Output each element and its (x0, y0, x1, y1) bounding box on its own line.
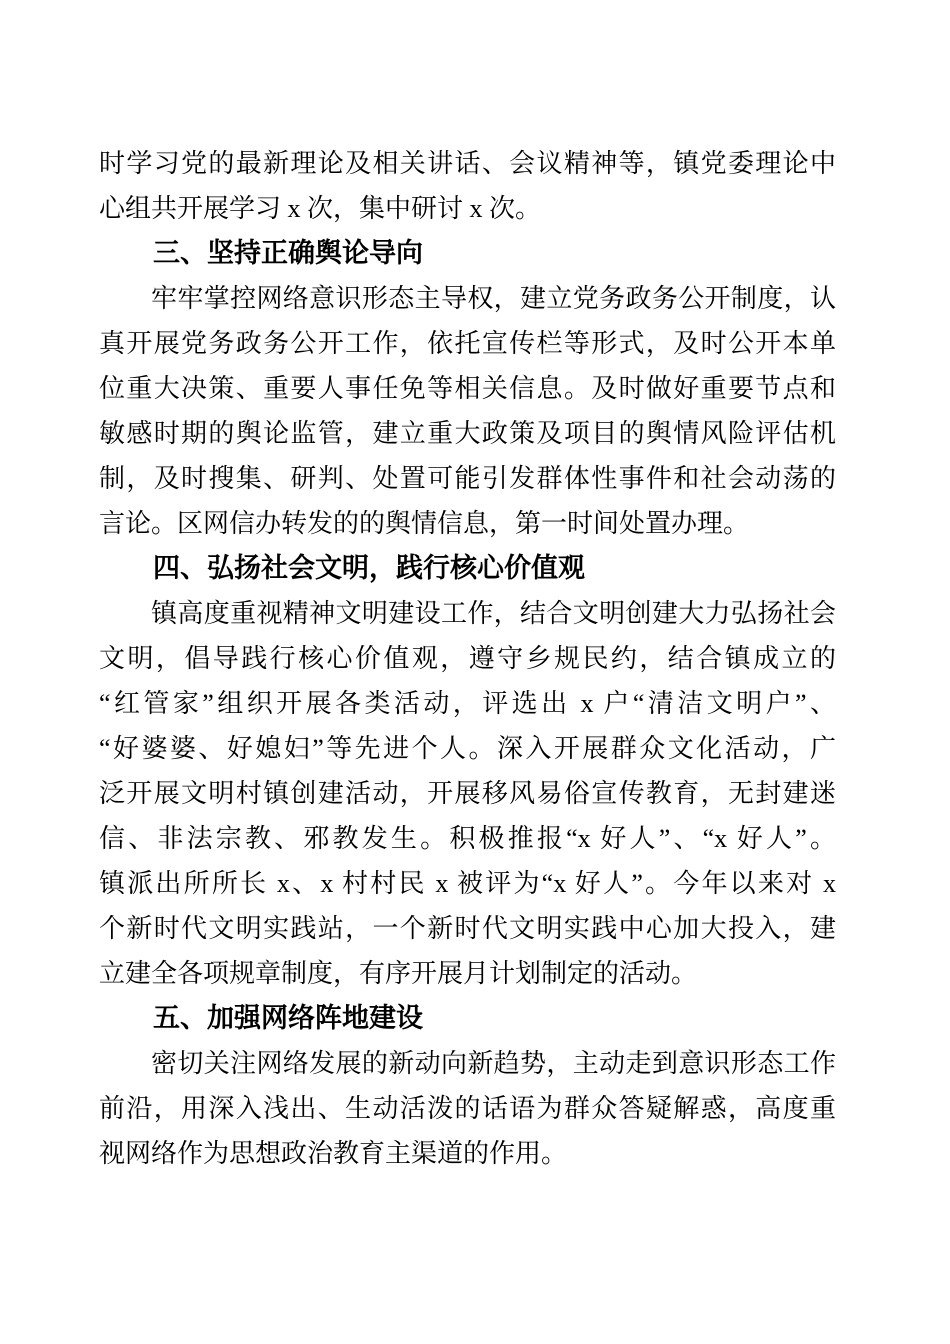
text-line: 制，及时搜集、研判、处置可能引发群体性事件和社会动荡的 (99, 456, 836, 501)
text-line: “好婆婆、好媳妇”等先进个人。深入开展群众文化活动，广 (99, 726, 836, 771)
text-line: “红管家”组织开展各类活动，评选出 x 户“清洁文明户”、 (99, 681, 836, 726)
text-line: 心组共开展学习 x 次，集中研讨 x 次。 (99, 186, 836, 231)
text-line: 视网络作为思想政治教育主渠道的作用。 (99, 1131, 836, 1176)
text-line: 言论。区网信办转发的的舆情信息，第一时间处置办理。 (99, 501, 836, 546)
document-page: 时学习党的最新理论及相关讲话、会议精神等，镇党委理论中心组共开展学习 x 次，集… (0, 0, 950, 1344)
text-line: 立建全各项规章制度，有序开展月计划制定的活动。 (99, 951, 836, 996)
text-line: 泛开展文明村镇创建活动，开展移风易俗宣传教育，无封建迷 (99, 771, 836, 816)
text-line: 时学习党的最新理论及相关讲话、会议精神等，镇党委理论中 (99, 141, 836, 186)
text-line: 真开展党务政务公开工作，依托宣传栏等形式，及时公开本单 (99, 321, 836, 366)
text-line: 信、非法宗教、邪教发生。积极推报“x 好人”、“x 好人”。 (99, 816, 836, 861)
document-content: 时学习党的最新理论及相关讲话、会议精神等，镇党委理论中心组共开展学习 x 次，集… (99, 141, 836, 1176)
text-line: 镇高度重视精神文明建设工作，结合文明创建大力弘扬社会 (99, 591, 836, 636)
text-line: 敏感时期的舆论监管，建立重大政策及项目的舆情风险评估机 (99, 411, 836, 456)
section-heading: 五、加强网络阵地建设 (99, 996, 836, 1041)
section-heading: 四、弘扬社会文明，践行核心价值观 (99, 546, 836, 591)
text-line: 位重大决策、重要人事任免等相关信息。及时做好重要节点和 (99, 366, 836, 411)
text-line: 密切关注网络发展的新动向新趋势，主动走到意识形态工作 (99, 1041, 836, 1086)
text-line: 牢牢掌控网络意识形态主导权，建立党务政务公开制度，认 (99, 276, 836, 321)
text-line: 镇派出所所长 x、x 村村民 x 被评为“x 好人”。今年以来对 x (99, 861, 836, 906)
text-line: 前沿，用深入浅出、生动活泼的话语为群众答疑解惑，高度重 (99, 1086, 836, 1131)
section-heading: 三、坚持正确舆论导向 (99, 231, 836, 276)
text-line: 文明，倡导践行核心价值观，遵守乡规民约，结合镇成立的 (99, 636, 836, 681)
text-line: 个新时代文明实践站，一个新时代文明实践中心加大投入，建 (99, 906, 836, 951)
